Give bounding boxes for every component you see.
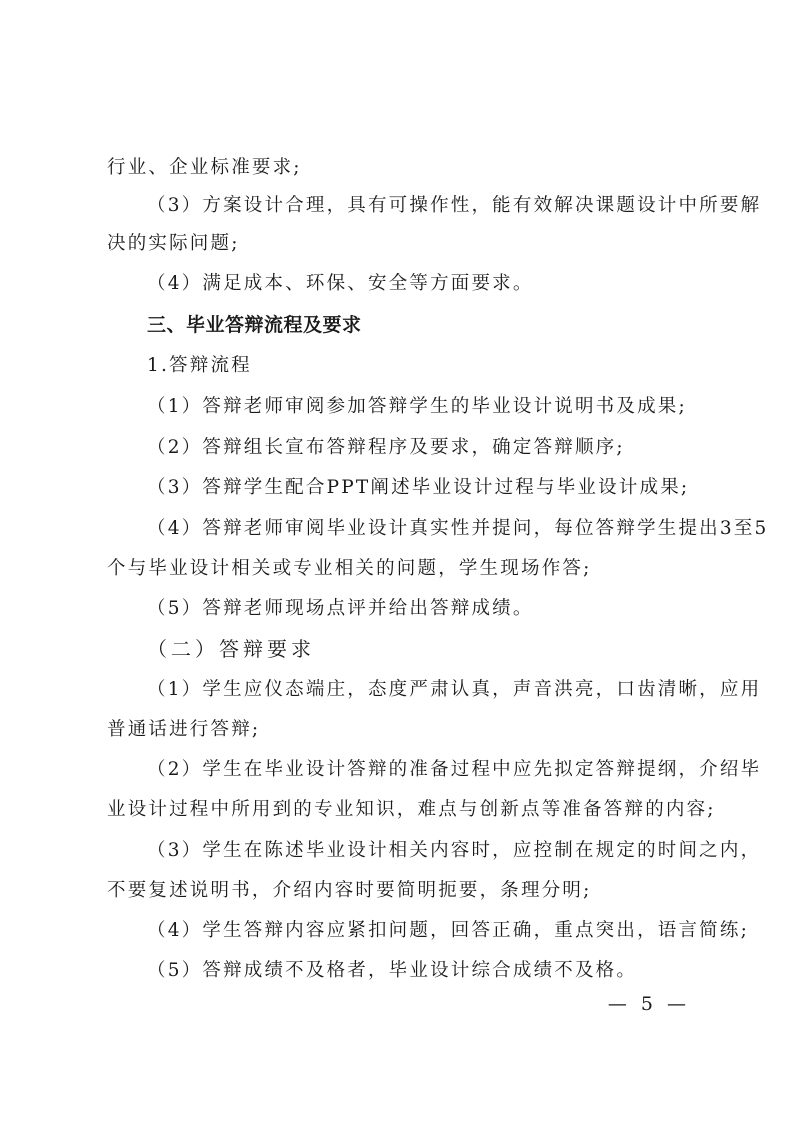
paragraph-line: 不要复述说明书，介绍内容时要简明扼要，条理分明; xyxy=(107,879,691,903)
paragraph-line: 行业、企业标准要求; xyxy=(107,156,691,180)
paragraph-line: （3）答辩学生配合PPT阐述毕业设计过程与毕业设计成果; xyxy=(147,476,691,500)
subsection-heading: （二）答辩要求 xyxy=(147,637,691,661)
paragraph-line: （1）答辩老师审阅参加答辩学生的毕业设计说明书及成果; xyxy=(147,395,691,419)
paragraph-line: （1）学生应仪态端庄，态度严肃认真，声音洪亮，口齿清晰，应用 xyxy=(147,678,691,702)
paragraph-line: （5）答辩成绩不及格者，毕业设计综合成绩不及格。 xyxy=(147,959,691,983)
paragraph-line: （3）学生在陈述毕业设计相关内容时，应控制在规定的时间之内， xyxy=(147,839,691,863)
paragraph-line: 决的实际问题; xyxy=(107,232,691,256)
page-number: — 5 — xyxy=(600,993,690,1015)
paragraph-line: 业设计过程中所用到的专业知识，难点与创新点等准备答辩的内容; xyxy=(107,798,691,822)
paragraph-line: （2）答辩组长宣布答辩程序及要求，确定答辩顺序; xyxy=(147,436,691,460)
paragraph-line: 个与毕业设计相关或专业相关的问题，学生现场作答; xyxy=(107,557,691,581)
paragraph-line: （5）答辩老师现场点评并给出答辩成绩。 xyxy=(147,597,691,621)
paragraph-line: （4）满足成本、环保、安全等方面要求。 xyxy=(147,272,691,296)
paragraph-line: 1.答辩流程 xyxy=(147,354,691,378)
paragraph-line: （4）学生答辩内容应紧扣问题，回答正确，重点突出，语言简练; xyxy=(147,919,691,943)
section-heading: 三、毕业答辩流程及要求 xyxy=(147,313,691,337)
document-page: — 5 — 行业、企业标准要求;（3）方案设计合理，具有可操作性，能有效解决课题… xyxy=(0,0,793,1122)
paragraph-line: （4）答辩老师审阅毕业设计真实性并提问，每位答辩学生提出3至5 xyxy=(147,517,691,541)
paragraph-line: 普通话进行答辩; xyxy=(107,718,691,742)
paragraph-line: （3）方案设计合理，具有可操作性，能有效解决课题设计中所要解 xyxy=(147,194,691,218)
paragraph-line: （2）学生在毕业设计答辩的准备过程中应先拟定答辩提纲，介绍毕 xyxy=(147,758,691,782)
